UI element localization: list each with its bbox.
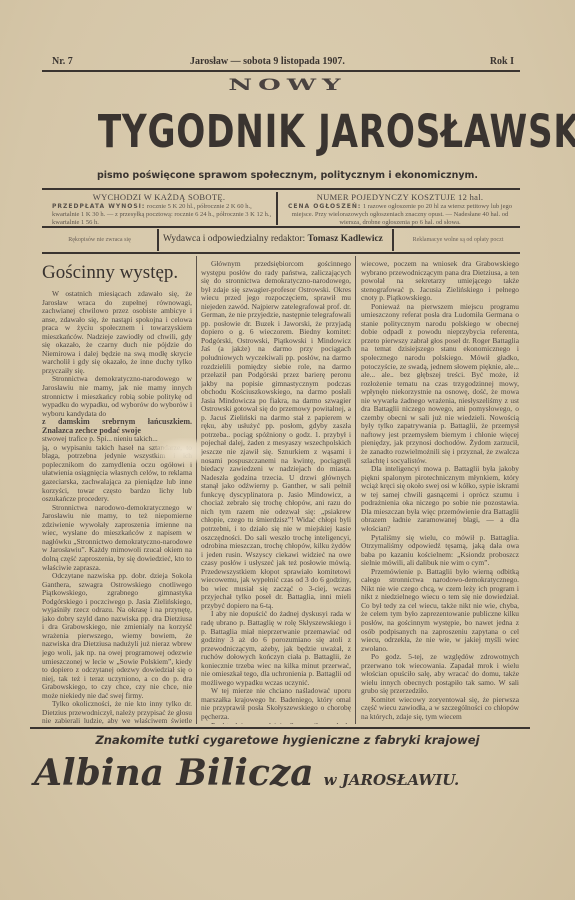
paragraph: Stronnictwa narodowo-demokratycznego w J… — [42, 504, 192, 572]
advert-top-rule — [30, 727, 530, 729]
advert-tagline: Znakomite tutki cygaretowe hygieniczne z… — [0, 733, 575, 747]
issue-number: Nr. 7 — [52, 56, 73, 67]
column-divider-2 — [355, 256, 356, 724]
paragraph: Przemówienie p. Battaglii było wierną od… — [361, 568, 519, 653]
single-issue-price: NUMER POJEDYNCZY KOSZTUJE 12 hal. — [282, 192, 518, 203]
publication-schedule: WYCHODZI W KAŻDĄ SOBOTĘ. — [46, 192, 272, 203]
article-headline: Gościnny występ. — [42, 262, 192, 284]
title-prefix: NOWY — [0, 76, 575, 94]
paragraph: Stronnictwa demokratyczno-narodowego w J… — [42, 375, 192, 418]
ad-pricing-label: CENA OGŁOSZEŃ: — [288, 203, 361, 210]
manuscripts-notice: Rękopisów nie zwraca się — [42, 237, 157, 243]
editor-label: Wydawca i odpowiedzialny redaktor: — [163, 234, 305, 244]
lost-item-notice: z damskim srebrnym łańcuszkiem. Znalazca… — [42, 418, 192, 435]
pricing-box: NUMER POJEDYNCZY KOSZTUJE 12 hal. CENA O… — [282, 192, 518, 227]
paragraph: Po godz. 5-tej, ze względów zdrowotnych … — [361, 653, 519, 696]
paragraph: Ponieważ na pierwszem miejscu programu u… — [361, 303, 519, 465]
paragraph: W ostatnich miesiącach zdawało się, że J… — [42, 290, 192, 375]
newspaper-title: TYGODNIK JAROSŁAWSKI — [98, 104, 464, 160]
article-column-1: Gościnny występ. W ostatnich miesiącach … — [42, 256, 192, 724]
paragraph: W tej mierze nie chciano naśladować upo­… — [201, 687, 351, 721]
paragraph: Punktualnie o godzinie 3. zagaił poseł d… — [201, 722, 351, 724]
place-date: Jarosław — sobota 9 listopada 1907. — [190, 56, 345, 67]
column-divider-1 — [196, 256, 197, 724]
paragraph: wiecowe, poczem na wniosek dra Grabowski… — [361, 260, 519, 303]
notice-bottom-rule — [42, 252, 520, 254]
editor-line: Wydawca i odpowiedzialny redaktor: Tomas… — [163, 234, 383, 244]
editor-name: Tomasz Kadlewicz — [308, 234, 383, 244]
newspaper-subtitle: pismo poświęcone sprawom społecznym, pol… — [0, 170, 575, 181]
advert-brand: Albina Biliczaw JAROSŁAWIU. — [34, 752, 459, 794]
advert-company-name: Albina Bilicza — [34, 752, 314, 794]
masthead-header-line: Nr. 7 Jarosław — sobota 9 listopada 1907… — [42, 56, 520, 70]
complaints-notice: Reklamacye wolne są od opłaty poczt — [396, 237, 520, 243]
paragraph: I aby nie dopuścić do żadnej dyskusyi ra… — [201, 610, 351, 687]
info-divider — [276, 192, 278, 225]
paragraph: Pytaliśmy się wielu, co mówił p. Battagl… — [361, 534, 519, 568]
header-rule — [42, 70, 520, 72]
info-top-rule — [42, 188, 520, 190]
article-column-2: Głównym przedsiębiorcom gościnnego wystę… — [201, 260, 351, 724]
paragraph: Tylko okoliczności, że nie kto inny tylk… — [42, 700, 192, 724]
paragraph: Dla inteligencyi mowa p. Battaglii była … — [361, 465, 519, 533]
notice-divider-right — [392, 229, 394, 251]
notice-divider-left — [157, 229, 159, 251]
subscription-label: PRZEDPŁATA WYNOSI: — [52, 203, 145, 210]
paragraph: Głównym przedsiębiorcom gościnnego wystę… — [201, 260, 351, 610]
paragraph: Odczytane nazwiska pp. dobr. dzieja Soko… — [42, 572, 192, 700]
advert-location: w JAROSŁAWIU. — [324, 771, 460, 789]
subscription-box: WYCHODZI W KAŻDĄ SOBOTĘ. PRZEDPŁATA WYNO… — [46, 192, 272, 227]
paragraph: Komitet wiecowy zoryentował się, że pier… — [361, 696, 519, 722]
article-column-3: wiecowe, poczem na wniosek dra Grabowski… — [361, 260, 519, 724]
year-label: Rok I — [490, 56, 514, 67]
